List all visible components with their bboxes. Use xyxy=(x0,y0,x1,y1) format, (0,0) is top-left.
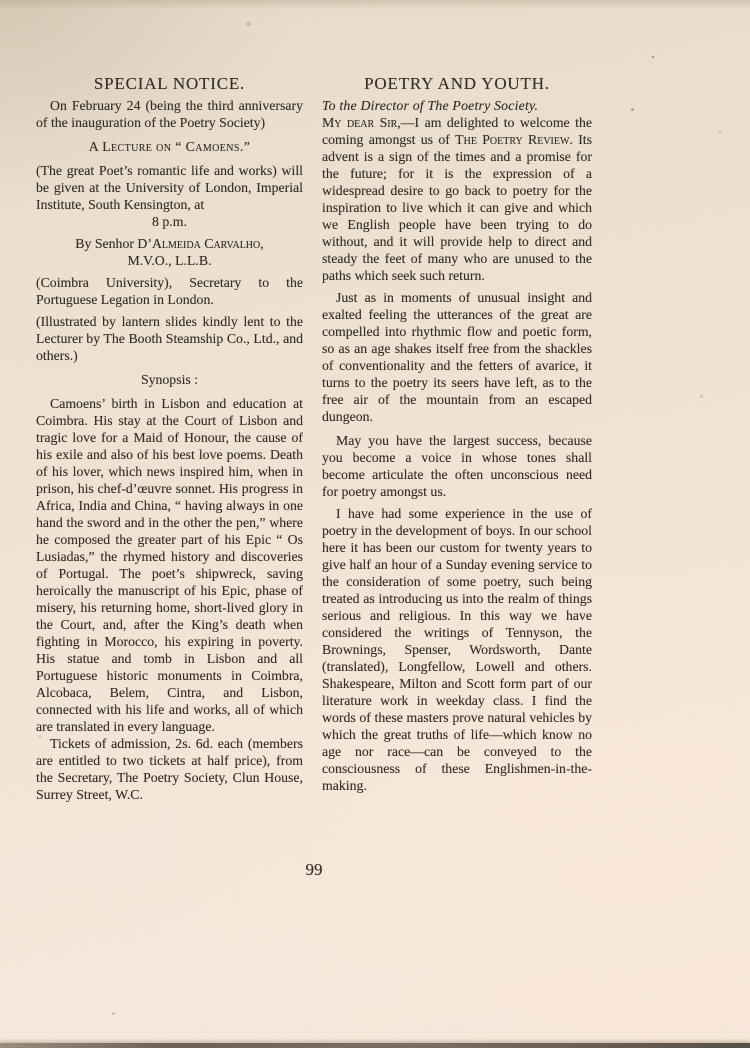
right-column: POETRY AND YOUTH. To the Director of The… xyxy=(322,74,592,794)
byline-degrees: M.V.O., L.L.B. xyxy=(36,252,303,269)
affiliation-text: (Coimbra University), Secretary to the P… xyxy=(36,274,303,308)
byline-prefix: By Senhor xyxy=(75,236,137,251)
synopsis-paragraph: Camoens’ birth in Lisbon and education a… xyxy=(36,395,303,735)
byline-name: D’Almeida Carvalho, xyxy=(137,236,263,251)
lantern-slides-note: (Illustrated by lantern slides kindly le… xyxy=(36,313,303,364)
page-number: 99 xyxy=(36,860,592,880)
age-spot xyxy=(246,22,251,26)
venue-time: 8 p.m. xyxy=(36,213,303,230)
byline-line: By Senhor D’Almeida Carvalho, xyxy=(36,235,303,252)
age-spot xyxy=(700,395,703,398)
age-spot xyxy=(652,56,654,58)
letter-paragraph-3: May you have the largest success, becaus… xyxy=(322,432,592,500)
letter-paragraph-1-rest: Its advent is a sign of the times and a … xyxy=(322,132,592,283)
scanned-page: SPECIAL NOTICE. On February 24 (being th… xyxy=(0,0,750,1048)
scan-top-shadow xyxy=(0,0,750,10)
scan-bottom-edge xyxy=(0,1043,750,1048)
age-spot xyxy=(631,108,634,111)
poetry-review-smallcaps: The Poetry Review. xyxy=(455,132,573,147)
notice-intro: On February 24 (being the third annivers… xyxy=(36,97,303,131)
age-spot xyxy=(112,1012,115,1015)
letter-paragraph-1: My dear Sir,—I am delighted to welcome t… xyxy=(322,114,592,284)
left-column: SPECIAL NOTICE. On February 24 (being th… xyxy=(36,74,303,803)
dear-sir-smallcaps: My dear Sir, xyxy=(322,115,401,130)
lecture-title: A Lecture on “ Camoens.” xyxy=(36,138,303,155)
age-spot xyxy=(718,131,722,134)
letter-paragraph-4: I have had some experience in the use of… xyxy=(322,505,592,794)
venue-text: (The great Poet’s romantic life and work… xyxy=(36,162,303,213)
special-notice-heading: SPECIAL NOTICE. xyxy=(36,74,303,94)
letter-paragraph-2: Just as in moments of unusual insight an… xyxy=(322,289,592,425)
poetry-and-youth-heading: POETRY AND YOUTH. xyxy=(322,74,592,94)
letter-salutation: To the Director of The Poetry Society. xyxy=(322,97,592,114)
synopsis-heading: Synopsis : xyxy=(36,371,303,388)
tickets-paragraph: Tickets of admission, 2s. 6d. each (memb… xyxy=(36,735,303,803)
